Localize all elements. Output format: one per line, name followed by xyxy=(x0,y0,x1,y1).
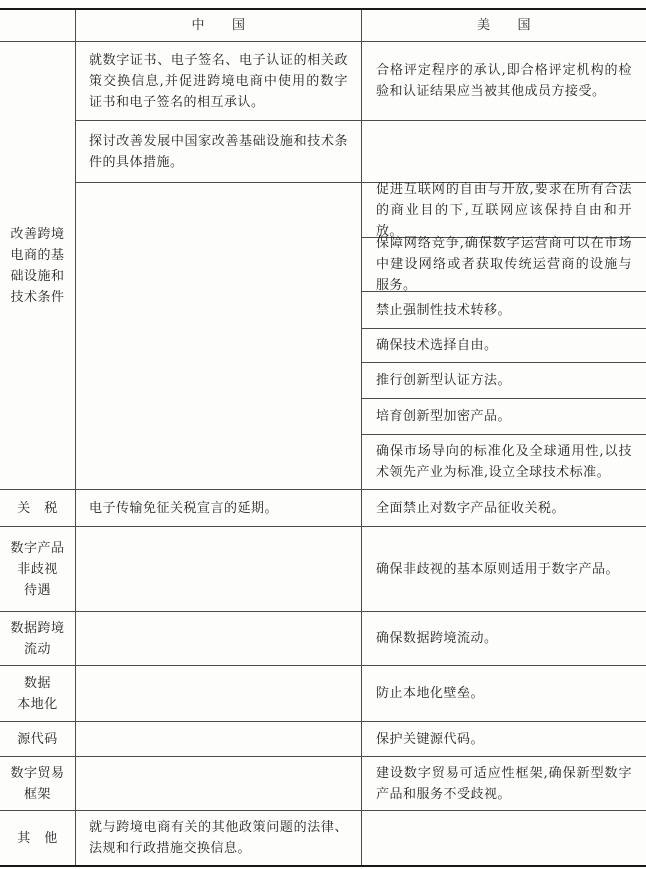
row-label-localization: 数据 本地化 xyxy=(0,666,76,721)
cell-china-infra-2: 探讨改善发展中国家改善基础设施和技术条件的具体措施。 xyxy=(76,121,362,182)
cell-usa-tech-choice: 确保技术选择自由。 xyxy=(362,329,646,363)
cell-usa-tech-transfer: 禁止强制性技术转移。 xyxy=(362,292,646,329)
row-label-infrastructure: 改善跨境 电商的基 础设施和 技术条件 xyxy=(0,42,76,489)
section-other: 其 他 就与跨境电商有关的其他政策问题的法律、法规和行政措施交换信息。 xyxy=(0,811,646,865)
row-label-source-code: 源代码 xyxy=(0,722,76,756)
comparison-table: 中 国 美 国 改善跨境 电商的基 础设施和 技术条件 就数字证书、电子签名、电… xyxy=(0,8,646,867)
section-trade-framework: 数字贸易 框架 建设数字贸易可适应性框架,确保新型数字产品和服务不受歧视。 xyxy=(0,757,646,811)
cell-china-nondiscrimination xyxy=(76,527,362,611)
table-header-row: 中 国 美 国 xyxy=(0,10,646,42)
row-label-nondiscrimination: 数字产品 非歧视 待遇 xyxy=(0,527,76,611)
cell-usa-infra-2 xyxy=(362,121,646,182)
row-label-tariff: 关 税 xyxy=(0,490,76,526)
infra-subrow-2: 探讨改善发展中国家改善基础设施和技术条件的具体措施。 xyxy=(76,121,646,183)
cell-china-tariff: 电子传输免征关税宣言的延期。 xyxy=(76,490,362,526)
row-label-trade-framework: 数字贸易 框架 xyxy=(0,757,76,810)
infra-subrow-1: 就数字证书、电子签名、电子认证的相关政策交换信息,并促进跨境电商中使用的数字证书… xyxy=(76,42,646,121)
cell-china-other: 就与跨境电商有关的其他政策问题的法律、法规和行政措施交换信息。 xyxy=(76,811,362,865)
cell-usa-infra-1: 合格评定程序的承认,即合格评定机构的检验和认证结果应当被其他成员方接受。 xyxy=(362,42,646,120)
cell-usa-data-flow: 确保数据跨境流动。 xyxy=(362,612,646,665)
cell-china-source-code xyxy=(76,722,362,756)
cell-usa-tariff: 全面禁止对数字产品征收关税。 xyxy=(362,490,646,526)
row-label-other: 其 他 xyxy=(0,811,76,865)
infra-subrow-3: 促进互联网的自由与开放,要求在所有合法的商业目的下,互联网应该保持自由和开放。 … xyxy=(76,183,646,489)
header-china: 中 国 xyxy=(76,10,362,41)
header-corner-cell xyxy=(0,10,76,41)
section-data-flow: 数据跨境 流动 确保数据跨境流动。 xyxy=(0,612,646,666)
document-page: 中 国 美 国 改善跨境 电商的基 础设施和 技术条件 就数字证书、电子签名、电… xyxy=(0,0,646,869)
cell-usa-localization: 防止本地化壁垒。 xyxy=(362,666,646,721)
row-label-data-flow: 数据跨境 流动 xyxy=(0,612,76,665)
section-infrastructure-body: 就数字证书、电子签名、电子认证的相关政策交换信息,并促进跨境电商中使用的数字证书… xyxy=(76,42,646,489)
cell-usa-nondiscrimination: 确保非歧视的基本原则适用于数字产品。 xyxy=(362,527,646,611)
section-tariff: 关 税 电子传输免征关税宣言的延期。 全面禁止对数字产品征收关税。 xyxy=(0,490,646,527)
infra-usa-list: 促进互联网的自由与开放,要求在所有合法的商业目的下,互联网应该保持自由和开放。 … xyxy=(362,183,646,489)
cell-usa-network-competition: 保障网络竞争,确保数字运营商可以在市场中建设网络或者获取传统运营商的设施与服务。 xyxy=(362,238,646,292)
section-nondiscrimination: 数字产品 非歧视 待遇 确保非歧视的基本原则适用于数字产品。 xyxy=(0,527,646,612)
cell-usa-standards: 确保市场导向的标准化及全球通用性,以技术领先产业为标准,设立全球技术标准。 xyxy=(362,435,646,489)
cell-china-infra-1: 就数字证书、电子签名、电子认证的相关政策交换信息,并促进跨境电商中使用的数字证书… xyxy=(76,42,362,120)
cell-china-localization xyxy=(76,666,362,721)
cell-usa-encryption: 培育创新型加密产品。 xyxy=(362,399,646,435)
section-localization: 数据 本地化 防止本地化壁垒。 xyxy=(0,666,646,722)
section-source-code: 源代码 保护关键源代码。 xyxy=(0,722,646,757)
cell-usa-source-code: 保护关键源代码。 xyxy=(362,722,646,756)
section-infrastructure: 改善跨境 电商的基 础设施和 技术条件 就数字证书、电子签名、电子认证的相关政策… xyxy=(0,42,646,490)
cell-china-infra-empty xyxy=(76,183,362,489)
cell-china-trade-framework xyxy=(76,757,362,810)
cell-usa-internet-openness: 促进互联网的自由与开放,要求在所有合法的商业目的下,互联网应该保持自由和开放。 xyxy=(362,183,646,238)
cell-usa-trade-framework: 建设数字贸易可适应性框架,确保新型数字产品和服务不受歧视。 xyxy=(362,757,646,810)
cell-china-data-flow xyxy=(76,612,362,665)
header-usa: 美 国 xyxy=(362,10,646,41)
cell-usa-certification: 推行创新型认证方法。 xyxy=(362,363,646,399)
cell-usa-other xyxy=(362,811,646,865)
